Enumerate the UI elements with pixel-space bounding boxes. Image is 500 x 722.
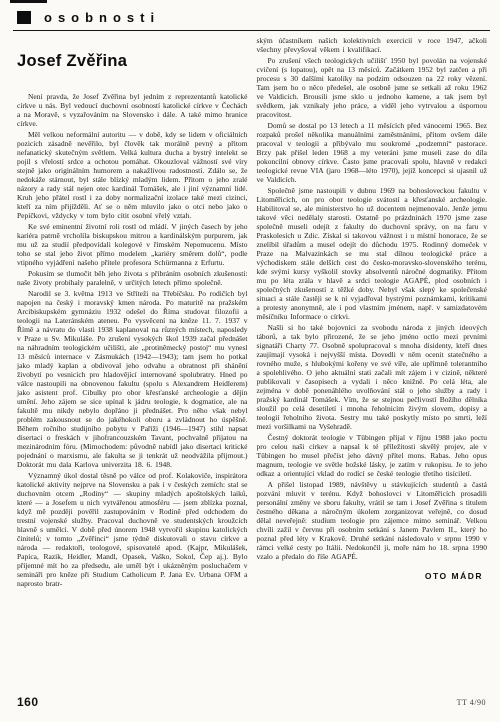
left-column-text: Není pravda, že Josef Zvěřina byl jedním… (17, 92, 248, 588)
left-column: Josef Zvěřina Není pravda, že Josef Zvěř… (17, 36, 248, 590)
article-paragraph: Společně jsme nastoupili v dubnu 1969 na… (257, 186, 488, 321)
article-paragraph: Čestný doktorát teologie v Tübingen přij… (257, 433, 488, 478)
article-paragraph: Pokusím se tlumočit běh jeho života s př… (17, 269, 248, 287)
right-column-text: ským účastníkem našich kolektivních exer… (257, 36, 488, 561)
section-label: osobnosti (44, 10, 160, 25)
article-paragraph: Měl velkou neformální autoritu — v době,… (17, 130, 248, 220)
article-paragraph: Není pravda, že Josef Zvěřina byl jedním… (17, 92, 248, 128)
article-title: Josef Zvěřina (17, 52, 248, 71)
article-paragraph: Našli si ho také bojovníci za svobodu ná… (257, 323, 488, 431)
author-byline: OTO MÁDR (257, 571, 488, 581)
issue-reference: TT 4/90 (457, 698, 486, 707)
right-column: ským účastníkem našich kolektivních exer… (257, 36, 488, 590)
header-rule (13, 30, 490, 31)
magazine-page: osobnosti Josef Zvěřina Není pravda, že … (0, 0, 500, 722)
section-square-icon (17, 11, 31, 24)
article-paragraph: Po zrušení všech teologických učilišť 19… (257, 56, 488, 119)
article-paragraph: Ke své eminentní životní roli rostl od m… (17, 222, 248, 267)
page-number: 160 (17, 695, 39, 709)
article-paragraph: Domů se dostal po 13 letech a 11 měsícíc… (257, 121, 488, 184)
article-paragraph: A přišel listopad 1989, návštěvy u stávk… (257, 480, 488, 561)
article-paragraph: Narodil se 3. května 1913 ve Stříteži na… (17, 289, 248, 469)
section-header: osobnosti (17, 0, 487, 25)
article-paragraph: ským účastníkem našich kolektivních exer… (257, 36, 488, 54)
top-crop-mark (10, 0, 47, 3)
article-paragraph: Významný úkol dostal těsně po válce od p… (17, 471, 248, 588)
article-columns: Josef Zvěřina Není pravda, že Josef Zvěř… (17, 36, 487, 590)
